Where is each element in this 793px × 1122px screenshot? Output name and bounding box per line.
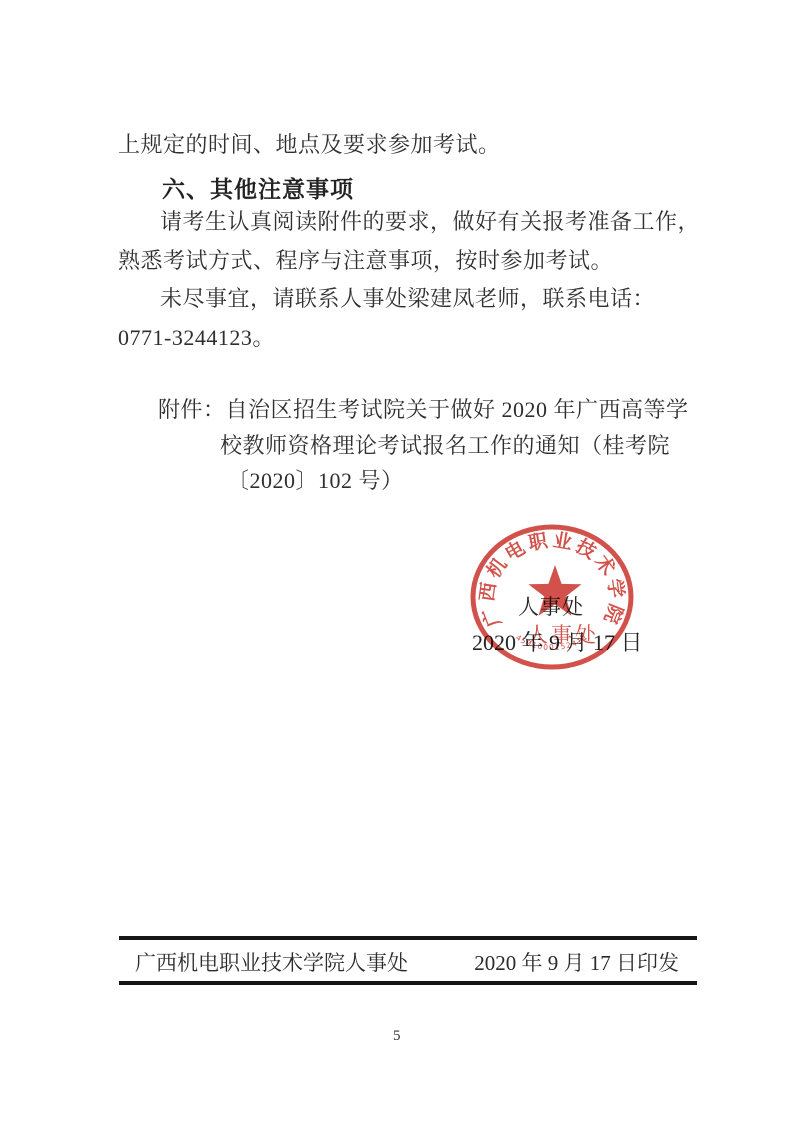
scanned-notice-page: { "page": { "number": "5", "background":… xyxy=(0,0,793,1122)
paragraph2-line2-phone: 0771-3244123。 xyxy=(118,325,275,351)
paragraph2-line1: 未尽事宜，请联系人事处梁建凤老师，联系电话： xyxy=(160,286,655,312)
paragraph1-line1: 请考生认真阅读附件的要求，做好有关报考准备工作， xyxy=(160,209,700,235)
body-line-continuation: 上规定的时间、地点及要求参加考试。 xyxy=(118,132,501,158)
signature-department: 人事处 xyxy=(518,591,584,621)
footer-issuer: 广西机电职业技术学院人事处 xyxy=(135,948,408,978)
paragraph1-line2: 熟悉考试方式、程序与注意事项，按时参加考试。 xyxy=(118,248,613,274)
attachment-line3: 〔2020〕102 号） xyxy=(227,468,404,494)
page-number: 5 xyxy=(393,1028,401,1045)
section-heading: 六、其他注意事项 xyxy=(162,171,354,204)
footer-rule-top xyxy=(119,936,697,940)
footer-imprint: 广西机电职业技术学院人事处 2020 年 9 月 17 日印发 xyxy=(119,948,697,978)
attachment-line2: 校教师资格理论考试报名工作的通知（桂考院 xyxy=(220,433,670,459)
signature-date: 2020 年 9 月 17 日 xyxy=(472,626,643,657)
footer-print-date: 2020 年 9 月 17 日印发 xyxy=(474,948,679,978)
attachment-line1: 附件：自治区招生考试院关于做好 2020 年广西高等学 xyxy=(158,397,689,423)
footer-rule-bottom xyxy=(119,981,697,985)
